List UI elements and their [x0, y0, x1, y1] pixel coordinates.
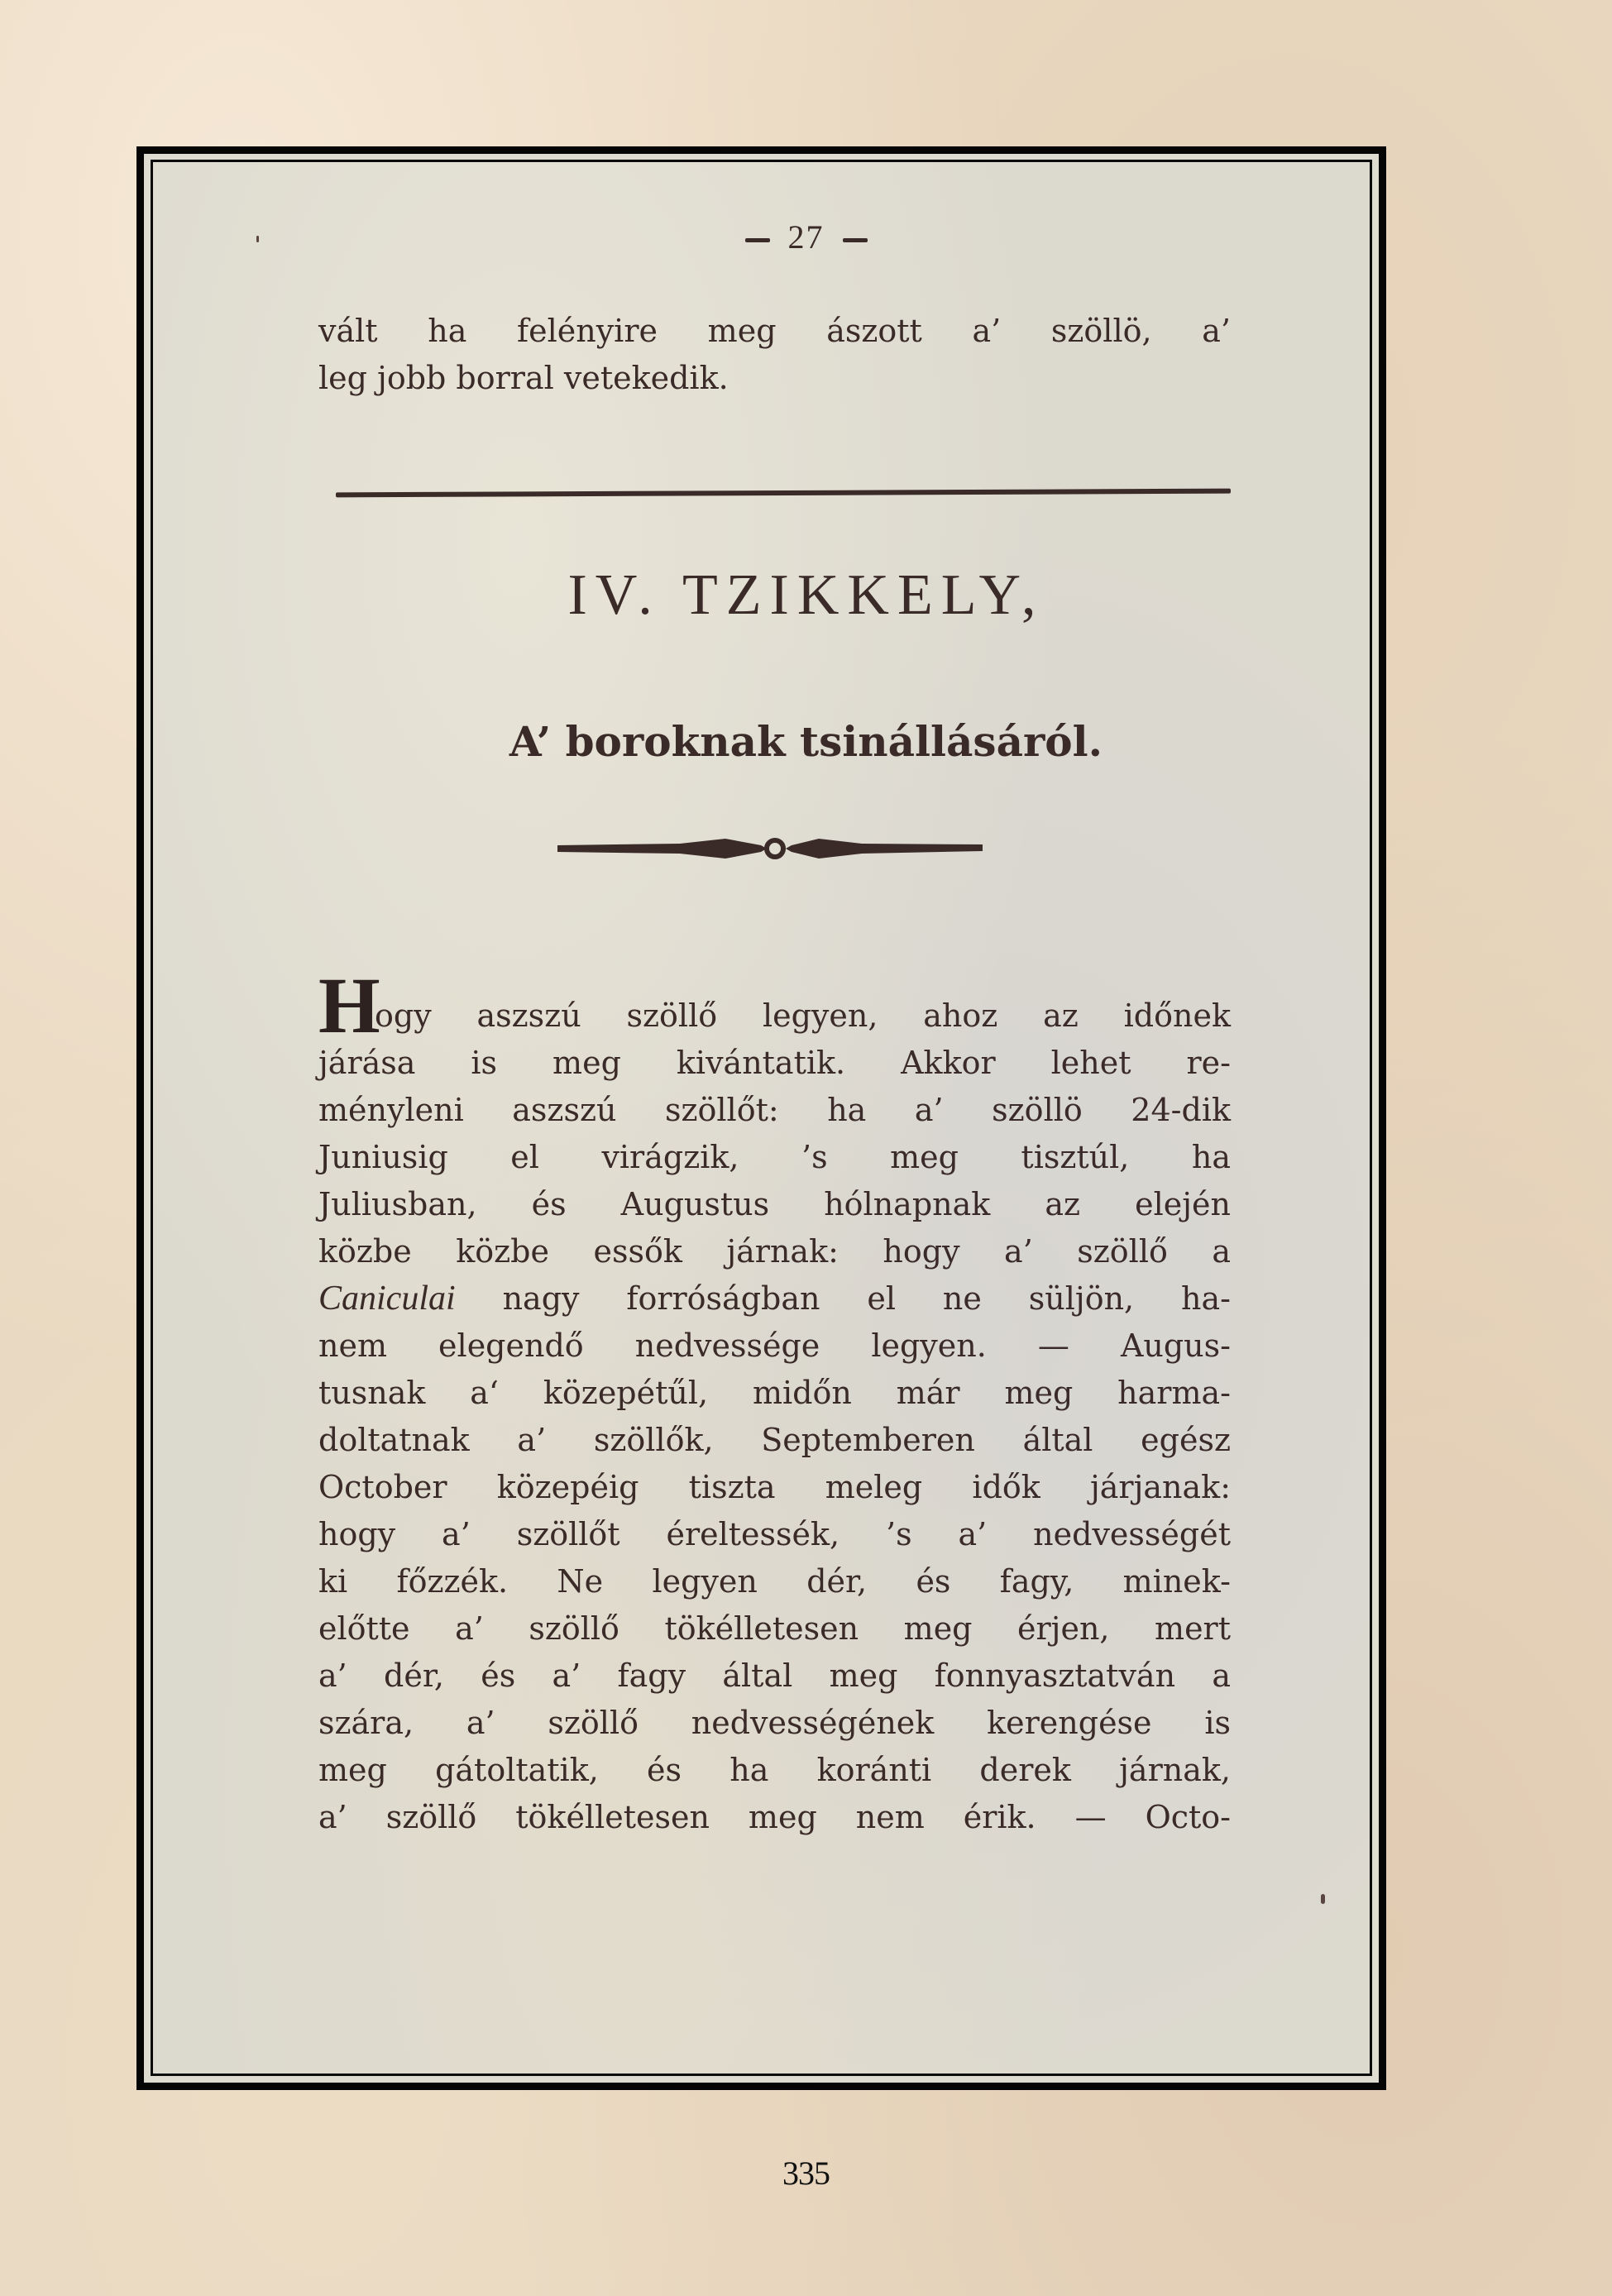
body-line-11: October közepéig tiszta meleg idők járja… — [318, 1464, 1231, 1511]
body-line-12: hogy a’ szöllőt éreltessék, ’s a’ nedves… — [318, 1511, 1231, 1558]
body-line-18: a’ szöllő tökélletesen meg nem érik. — O… — [318, 1794, 1231, 1841]
body-paragraph: ogy aszszú szöllő legyen, ahoz az időnek… — [318, 993, 1231, 1841]
running-head-right-dash — [843, 238, 868, 242]
paper-speck — [256, 236, 259, 242]
ornamental-divider-icon — [556, 834, 984, 863]
body-line-7-rest: nagy forróságban el ne süljön, ha- — [456, 1280, 1231, 1317]
body-line-4: Juniusig el virágzik, ’s meg tisztúl, ha — [318, 1134, 1231, 1181]
page-number: 335 — [0, 2154, 1612, 2193]
carryover-line-1: vált ha felényire meg ászott a’ szöllö, … — [318, 308, 1231, 355]
body-line-7: Caniculai nagy forróságban el ne süljön,… — [318, 1275, 1231, 1323]
carryover-paragraph: vált ha felényire meg ászott a’ szöllö, … — [318, 308, 1231, 402]
body-line-16: szára, a’ szöllő nedvességének kerengése… — [318, 1700, 1231, 1747]
running-head: 27 — [0, 217, 1612, 258]
body-line-1: ogy aszszú szöllő legyen, ahoz az időnek — [318, 993, 1231, 1040]
running-head-left-dash — [745, 238, 770, 242]
body-line-3: ményleni aszszú szöllőt: ha a’ szöllö 24… — [318, 1087, 1231, 1134]
italic-word-caniculai: Caniculai — [318, 1280, 456, 1318]
body-line-15: a’ dér, és a’ fagy által meg fonnyasztat… — [318, 1653, 1231, 1700]
chapter-subtitle: A’ boroknak tsinállásáról. — [0, 715, 1612, 768]
body-line-17: meg gátoltatik, és ha koránti derek járn… — [318, 1747, 1231, 1794]
body-line-9: tusnak a‘ közepétűl, midőn már meg harma… — [318, 1370, 1231, 1417]
chapter-title: IV. TZIKKELY, — [0, 562, 1612, 629]
body-line-8: nem elegendő nedvessége legyen. — Augus- — [318, 1323, 1231, 1370]
running-head-number: 27 — [788, 218, 825, 256]
body-line-6: közbe közbe essők járnak: hogy a’ szöllő… — [318, 1228, 1231, 1275]
carryover-line-2: leg jobb borral vetekedik. — [318, 355, 1231, 402]
body-line-5: Juliusban, és Augustus hólnapnak az elej… — [318, 1181, 1231, 1228]
body-line-13: ki főzzék. Ne legyen dér, és fagy, minek… — [318, 1558, 1231, 1605]
body-line-14: előtte a’ szöllő tökélletesen meg érjen,… — [318, 1605, 1231, 1653]
paper-speck — [1321, 1894, 1325, 1904]
body-line-10: doltatnak a’ szöllők, Septemberen által … — [318, 1417, 1231, 1464]
body-line-2: járása is meg kivántatik. Akkor lehet re… — [318, 1040, 1231, 1087]
